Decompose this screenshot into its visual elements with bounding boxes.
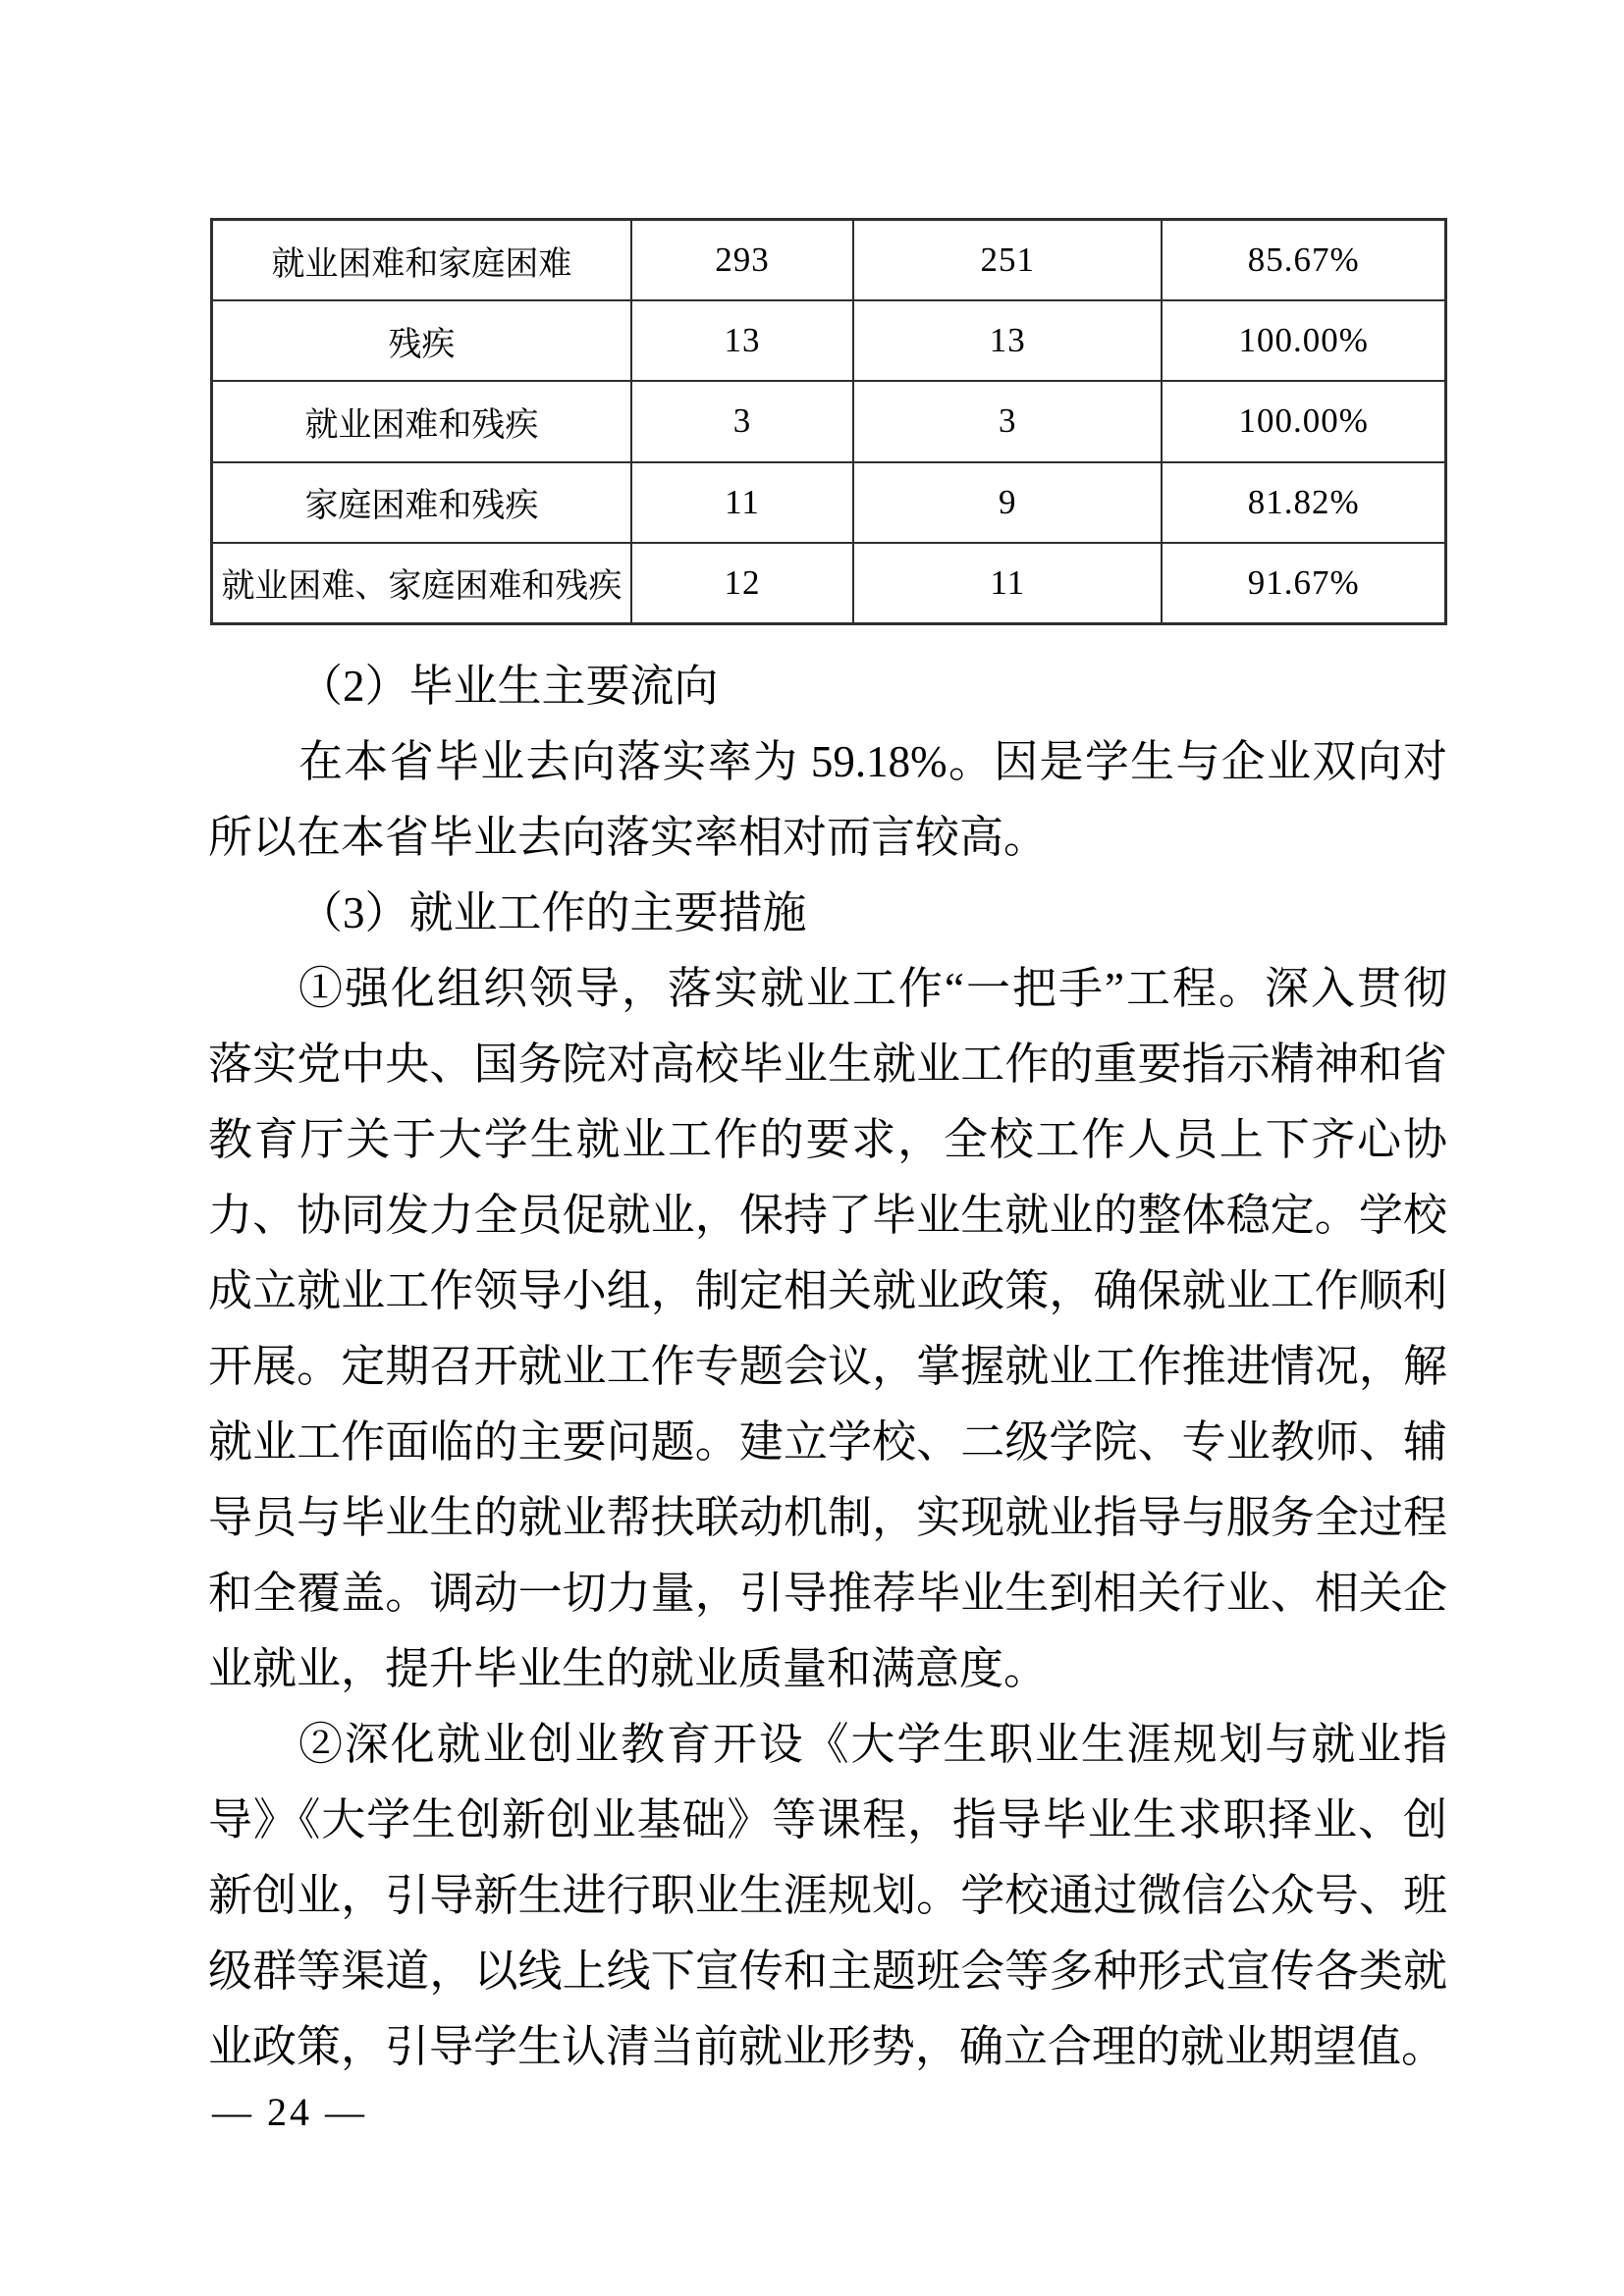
table-cell-rate: 100.00%: [1162, 300, 1445, 381]
table-cell-employed: 13: [853, 300, 1162, 381]
table-cell-rate: 85.67%: [1162, 220, 1445, 301]
body-line: 业就业，提升毕业生的就业质量和满意度。: [208, 1631, 1447, 1707]
body-line: 业政策，引导学生认清当前就业形势，确立合理的就业期望值。: [208, 2009, 1447, 2085]
body-line: 成立就业工作领导小组，制定相关就业政策，确保就业工作顺利: [208, 1254, 1447, 1329]
body-line: 和全覆盖。调动一切力量，引导推荐毕业生到相关行业、相关企: [208, 1556, 1447, 1631]
table-cell-total: 293: [631, 220, 853, 301]
document-page: { "table": { "rows": [ ["就业困难和家庭困难", "29…: [0, 0, 1624, 2296]
table-cell-category: 就业困难和家庭困难: [212, 220, 631, 301]
body-line: 导员与毕业生的就业帮扶联动机制，实现就业指导与服务全过程: [208, 1480, 1447, 1556]
body-text: （2）毕业生主要流向 在本省毕业去向落实率为 59.18%。因是学生与企业双向对…: [208, 649, 1447, 2085]
table-cell-category: 就业困难、家庭困难和残疾: [212, 543, 631, 624]
body-line: 所以在本省毕业去向落实率相对而言较高。: [208, 800, 1447, 876]
table-cell-total: 13: [631, 300, 853, 381]
body-line: 开展。定期召开就业工作专题会议，掌握就业工作推进情况，解决: [208, 1329, 1447, 1405]
table-cell-rate: 91.67%: [1162, 543, 1445, 624]
table-cell-employed: 9: [853, 462, 1162, 543]
table-cell-employed: 3: [853, 381, 1162, 461]
table-cell-rate: 100.00%: [1162, 381, 1445, 461]
body-line: 教育厅关于大学生就业工作的要求，全校工作人员上下齐心协: [208, 1102, 1447, 1178]
table-row: 家庭困难和残疾 11 9 81.82%: [212, 462, 1446, 543]
table-cell-employed: 251: [853, 220, 1162, 301]
table-row: 就业困难和残疾 3 3 100.00%: [212, 381, 1446, 461]
table-row: 就业困难和家庭困难 293 251 85.67%: [212, 220, 1446, 301]
employment-difficulty-table: 就业困难和家庭困难 293 251 85.67% 残疾 13 13 100.00…: [210, 218, 1447, 625]
table-cell-category: 就业困难和残疾: [212, 381, 631, 461]
table-row: 残疾 13 13 100.00%: [212, 300, 1446, 381]
body-line: 就业工作面临的主要问题。建立学校、二级学院、专业教师、辅: [208, 1405, 1447, 1480]
body-line: ①强化组织领导，落实就业工作“一把手”工程。深入贯彻: [208, 951, 1447, 1027]
body-line: 级群等渠道，以线上线下宣传和主题班会等多种形式宣传各类就: [208, 1934, 1447, 2009]
page-number: — 24 —: [212, 2089, 367, 2135]
table-cell-category: 家庭困难和残疾: [212, 462, 631, 543]
body-line: 力、协同发力全员促就业，保持了毕业生就业的整体稳定。学校: [208, 1178, 1447, 1254]
body-line: 新创业，引导新生进行职业生涯规划。学校通过微信公众号、班: [208, 1858, 1447, 1934]
table-cell-total: 11: [631, 462, 853, 543]
section-heading: （2）毕业生主要流向: [208, 649, 1447, 724]
body-line: ②深化就业创业教育开设《大学生职业生涯规划与就业指: [208, 1707, 1447, 1783]
section-heading: （3）就业工作的主要措施: [208, 876, 1447, 951]
table-cell-total: 12: [631, 543, 853, 624]
table-cell-total: 3: [631, 381, 853, 461]
table-cell-category: 残疾: [212, 300, 631, 381]
body-line: 导》《大学生创新创业基础》等课程，指导毕业生求职择业、创: [208, 1783, 1447, 1858]
body-line: 落实党中央、国务院对高校毕业生就业工作的重要指示精神和省: [208, 1027, 1447, 1102]
table-cell-rate: 81.82%: [1162, 462, 1445, 543]
table-row: 就业困难、家庭困难和残疾 12 11 91.67%: [212, 543, 1446, 624]
table-cell-employed: 11: [853, 543, 1162, 624]
body-line: 在本省毕业去向落实率为 59.18%。因是学生与企业双向对接，: [208, 724, 1447, 800]
